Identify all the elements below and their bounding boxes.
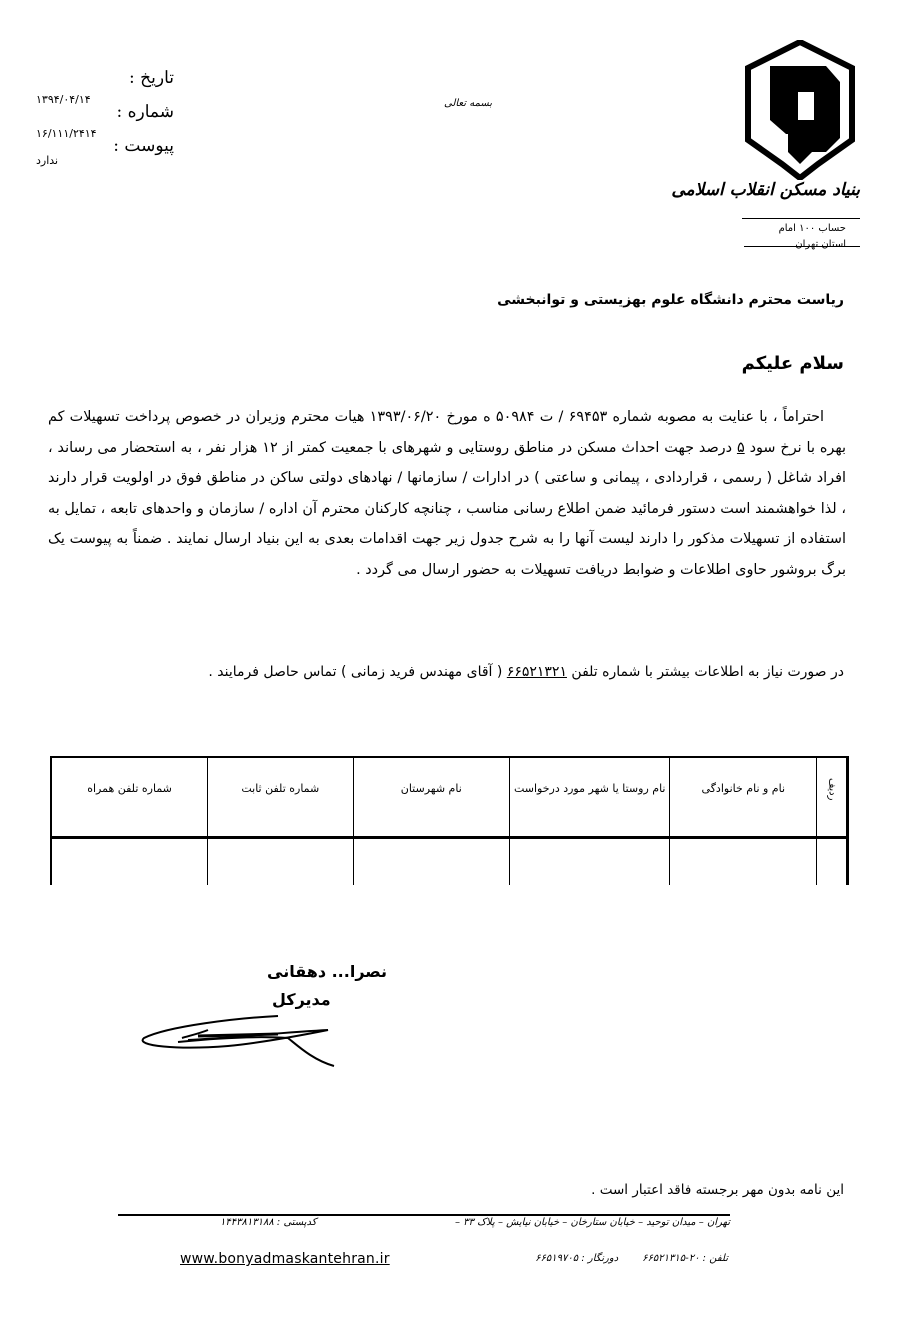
footer-address: تهران – میدان توحید – خیابان ستارخان – خ… (455, 1217, 730, 1228)
province-strike (744, 246, 860, 247)
bismillah: بسمه تعالی (444, 98, 492, 109)
signature-scribble-icon (138, 1012, 338, 1072)
header-full-name: نام و نام خانوادگی (670, 757, 817, 837)
signatory-name: نصرا... دهقانی (267, 962, 387, 981)
header-village-city: نام روستا یا شهر مورد درخواست (510, 757, 670, 837)
body-paragraph: احتراماً ، با عنایت به مصوبه شماره ۶۹۴۵۳… (48, 402, 846, 585)
province-label: استان تهران (795, 239, 846, 250)
contact-text-2: ( آقای مهندس فرید زمانی ) تماس حاصل فرما… (208, 664, 506, 680)
org-name: بنیاد مسکن انقلاب اسلامی (671, 180, 860, 200)
contact-line: در صورت نیاز به اطلاعات بیشتر با شماره ت… (208, 664, 844, 680)
request-table: ردیف نام و نام خانوادگی نام روستا یا شهر… (50, 756, 849, 885)
interest-rate: ۵ (737, 440, 745, 456)
cell-county (353, 837, 510, 885)
cell-landline (208, 837, 353, 885)
contact-phone: ۶۶۵۲۱۳۲۱ (507, 664, 567, 680)
account-label: حساب ۱۰۰ امام (779, 223, 846, 234)
number-value: ۱۶/۱۱۱/۲۴۱۴ (36, 127, 97, 140)
footer-contact-line: تلفن : ۲۰-۶۶۵۲۱۳۱۵ دورنگار : ۶۶۵۱۹۷۰۵ (388, 1253, 728, 1264)
header-county: نام شهرستان (353, 757, 510, 837)
body-text-2: درصد جهت احداث مسکن در مناطق روستایی و ش… (48, 440, 846, 578)
footer-address-line: تهران – میدان توحید – خیابان ستارخان – خ… (220, 1217, 730, 1228)
footer-postal-code: کدپستی : ۱۴۴۳۸۱۳۱۸۸ (220, 1217, 317, 1228)
cell-full-name (670, 837, 817, 885)
greeting: سلام علیکم (742, 353, 844, 374)
logo-emblem-icon (740, 40, 860, 180)
footer-phone: تلفن : ۲۰-۶۶۵۲۱۳۱۵ (642, 1253, 728, 1264)
stamp-validity-note: این نامه بدون مهر برجسته فاقد اعتبار است… (591, 1182, 844, 1198)
org-logo: بنیاد مسکن انقلاب اسلامی حساب ۱۰۰ امام ا… (740, 40, 860, 240)
footer-divider (118, 1214, 730, 1216)
header-landline: شماره تلفن ثابت (208, 757, 353, 837)
cell-village-city (510, 837, 670, 885)
table-header-row: ردیف نام و نام خانوادگی نام روستا یا شهر… (51, 757, 848, 837)
date-value: ۱۳۹۴/۰۴/۱۴ (36, 93, 91, 106)
header-mobile: شماره تلفن همراه (51, 757, 208, 837)
header-row-number: ردیف (817, 757, 848, 837)
cell-row-number (817, 837, 848, 885)
header-row-number-label: ردیف (821, 778, 843, 800)
attachment-label: پیوست : (112, 136, 174, 156)
date-label: تاریخ : (112, 68, 174, 88)
table-row (51, 837, 848, 885)
logo-divider (742, 218, 860, 219)
signatory-title: مدیرکل (272, 990, 331, 1009)
contact-text-1: در صورت نیاز به اطلاعات بیشتر با شماره ت… (567, 664, 844, 680)
addressee: ریاست محترم دانشگاه علوم بهزیستی و توانب… (497, 292, 844, 308)
cell-mobile (51, 837, 208, 885)
footer-fax: دورنگار : ۶۶۵۱۹۷۰۵ (535, 1253, 618, 1264)
number-label: شماره : (112, 102, 174, 122)
letter-body: احتراماً ، با عنایت به مصوبه شماره ۶۹۴۵۳… (48, 402, 846, 585)
attachment-value: ندارد (36, 154, 58, 167)
website-link[interactable]: www.bonyadmaskantehran.ir (180, 1251, 390, 1267)
